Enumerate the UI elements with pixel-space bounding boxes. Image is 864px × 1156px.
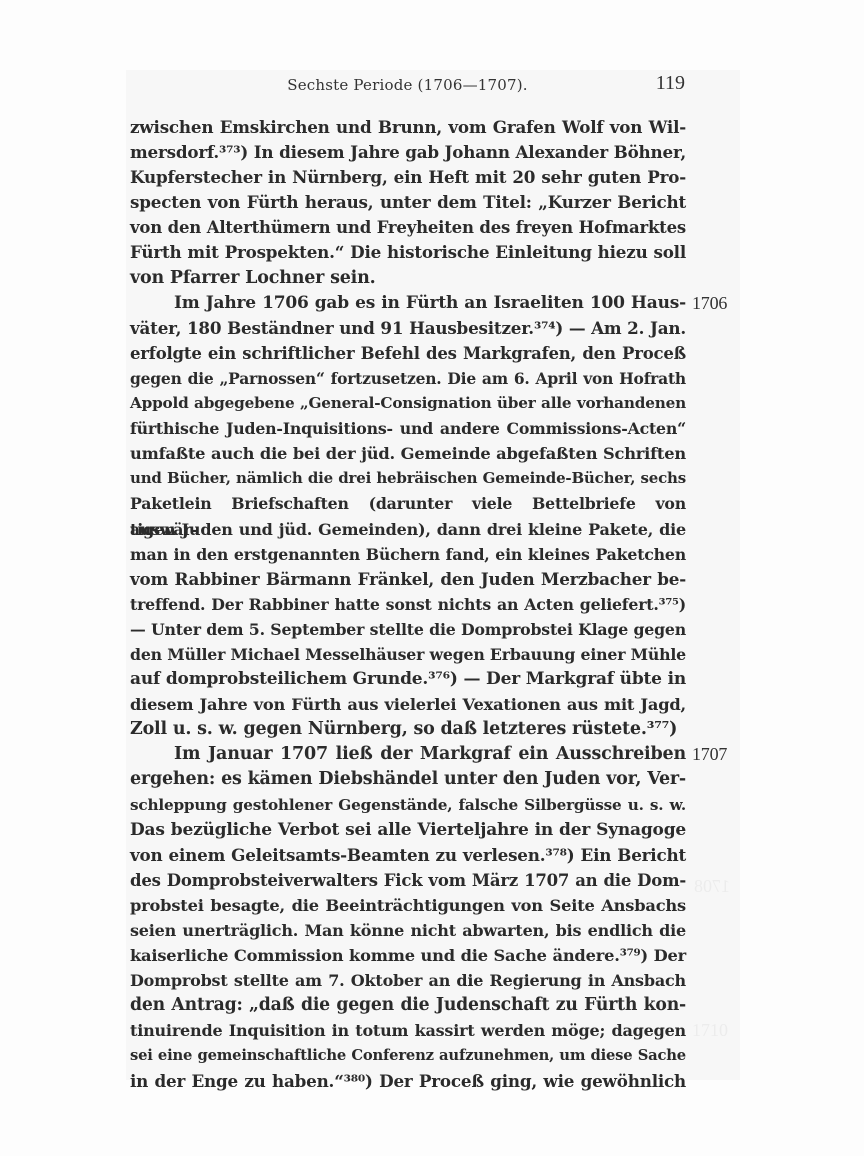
text-line-content: umfaßte auch die bei der jüd. Gemeinde a…: [130, 441, 686, 466]
text-line: von Pfarrer Lochner sein.: [130, 266, 686, 291]
text-line: tinuirende Inquisition in totum kassirt …: [130, 1018, 686, 1043]
text-line: Das bezügliche Verbot sei alle Viertelja…: [130, 818, 686, 843]
text-line: in der Enge zu haben.“³⁸⁰) Der Proceß gi…: [130, 1069, 686, 1094]
page-header: Sechste Periode (1706—1707). 119: [130, 72, 685, 102]
text-line: Fürth mit Prospekten.“ Die historische E…: [130, 240, 686, 265]
text-line-content: tigen Juden und jüd. Gemeinden), dann dr…: [130, 517, 686, 542]
text-line-content: von einem Geleitsamts-Beamten zu verlese…: [130, 843, 686, 868]
text-line-content: kaiserliche Commission komme und die Sac…: [130, 943, 686, 968]
text-line-content: des Domprobsteiverwalters Fick vom März …: [130, 868, 686, 893]
text-line: den Antrag: „daß die gegen die Judenscha…: [130, 993, 686, 1018]
text-line-content: diesem Jahre von Fürth aus vielerlei Vex…: [130, 692, 686, 717]
text-line-content: Zoll u. s. w. gegen Nürnberg, so daß let…: [130, 717, 677, 742]
text-line: zwischen Emskirchen und Brunn, vom Grafe…: [130, 115, 686, 140]
text-line: und Bücher, nämlich die drei hebräischen…: [130, 466, 686, 491]
text-line-content: in der Enge zu haben.“³⁸⁰) Der Proceß gi…: [130, 1069, 686, 1094]
text-line: Im Januar 1707 ließ der Markgraf ein Aus…: [130, 742, 686, 767]
page-number: 119: [656, 72, 685, 95]
text-line: Zoll u. s. w. gegen Nürnberg, so daß let…: [130, 717, 686, 742]
text-line-content: Appold abgegebene „General-Consignation …: [130, 391, 686, 416]
text-line: von den Alterthümern und Freyheiten des …: [130, 215, 686, 240]
text-line-content: — Unter dem 5. September stellte die Dom…: [130, 617, 686, 642]
text-line-content: ergehen: es kämen Diebshändel unter den …: [130, 767, 686, 792]
text-line-content: schleppung gestohlener Gegenstände, fals…: [130, 793, 686, 818]
text-line: Im Jahre 1706 gab es in Fürth an Israeli…: [130, 291, 686, 316]
text-line-content: vom Rabbiner Bärmann Fränkel, den Juden …: [130, 567, 686, 592]
text-line: gegen die „Parnossen“ fortzusetzen. Die …: [130, 366, 686, 391]
text-line: probstei besagte, die Beeinträchtigungen…: [130, 893, 686, 918]
text-line-content: sei eine gemeinschaftliche Conferenz auf…: [130, 1043, 686, 1068]
text-line-content: Das bezügliche Verbot sei alle Viertelja…: [130, 818, 686, 843]
text-line-content: von Pfarrer Lochner sein.: [130, 266, 376, 291]
text-line: treffend. Der Rabbiner hatte sonst nicht…: [130, 592, 686, 617]
text-line-content: auf domprobsteilichem Grunde.³⁷⁶) — Der …: [130, 667, 686, 692]
text-line: diesem Jahre von Fürth aus vielerlei Vex…: [130, 692, 686, 717]
text-line-content: treffend. Der Rabbiner hatte sonst nicht…: [130, 592, 686, 617]
text-line-content: zwischen Emskirchen und Brunn, vom Grafe…: [130, 115, 686, 140]
text-line-content: probstei besagte, die Beeinträchtigungen…: [130, 893, 686, 918]
text-line: tigen Juden und jüd. Gemeinden), dann dr…: [130, 517, 686, 542]
running-title: Sechste Periode (1706—1707).: [130, 76, 685, 94]
text-line: Paketlein Briefschaften (darunter viele …: [130, 491, 686, 516]
text-line-content: Domprobst stellte am 7. Oktober an die R…: [130, 968, 686, 993]
text-line-content: specten von Fürth heraus, unter dem Tite…: [130, 190, 686, 215]
text-line: schleppung gestohlener Gegenstände, fals…: [130, 793, 686, 818]
text-line-content: Kupferstecher in Nürnberg, ein Heft mit …: [130, 165, 686, 190]
text-line-content: Paketlein Briefschaften (darunter viele …: [130, 491, 686, 516]
text-line: den Müller Michael Messelhäuser wegen Er…: [130, 642, 686, 667]
text-line-content: Fürth mit Prospekten.“ Die historische E…: [130, 240, 686, 265]
text-line-content: den Müller Michael Messelhäuser wegen Er…: [130, 642, 686, 667]
text-line-content: und Bücher, nämlich die drei hebräischen…: [130, 466, 686, 491]
text-line-content: fürthische Juden-Inquisitions- und ander…: [130, 416, 686, 441]
text-line-content: erfolgte ein schriftlicher Befehl des Ma…: [130, 341, 686, 366]
text-line-content: man in den erstgenannten Büchern fand, e…: [130, 542, 686, 567]
text-line-content: väter, 180 Beständner und 91 Hausbesitze…: [130, 316, 686, 341]
margin-year-note: 1707: [692, 742, 727, 767]
text-line: auf domprobsteilichem Grunde.³⁷⁶) — Der …: [130, 667, 686, 692]
text-line: vom Rabbiner Bärmann Fränkel, den Juden …: [130, 567, 686, 592]
text-line: — Unter dem 5. September stellte die Dom…: [130, 617, 686, 642]
text-line: seien unerträglich. Man könne nicht abwa…: [130, 918, 686, 943]
text-line: fürthische Juden-Inquisitions- und ander…: [130, 416, 686, 441]
text-line: umfaßte auch die bei der jüd. Gemeinde a…: [130, 441, 686, 466]
text-line-content: gegen die „Parnossen“ fortzusetzen. Die …: [130, 366, 686, 391]
text-line: Domprobst stellte am 7. Oktober an die R…: [130, 968, 686, 993]
text-line: sei eine gemeinschaftliche Conferenz auf…: [130, 1043, 686, 1068]
text-line-content: mersdorf.³⁷³) In diesem Jahre gab Johann…: [130, 140, 686, 165]
text-line-content: den Antrag: „daß die gegen die Judenscha…: [130, 993, 686, 1018]
bleed-through-year: 1710: [692, 1020, 728, 1041]
body-text: zwischen Emskirchen und Brunn, vom Grafe…: [130, 115, 686, 1094]
text-line: erfolgte ein schriftlicher Befehl des Ma…: [130, 341, 686, 366]
text-line: kaiserliche Commission komme und die Sac…: [130, 943, 686, 968]
bleed-through-year: 1708: [694, 876, 730, 897]
text-line-content: von den Alterthümern und Freyheiten des …: [130, 215, 686, 240]
text-line: specten von Fürth heraus, unter dem Tite…: [130, 190, 686, 215]
text-line-content: seien unerträglich. Man könne nicht abwa…: [130, 918, 686, 943]
text-line: väter, 180 Beständner und 91 Hausbesitze…: [130, 316, 686, 341]
text-line-content: tinuirende Inquisition in totum kassirt …: [130, 1018, 686, 1043]
text-line: mersdorf.³⁷³) In diesem Jahre gab Johann…: [130, 140, 686, 165]
text-line: von einem Geleitsamts-Beamten zu verlese…: [130, 843, 686, 868]
margin-year-note: 1706: [692, 291, 727, 316]
text-line: man in den erstgenannten Büchern fand, e…: [130, 542, 686, 567]
text-line: des Domprobsteiverwalters Fick vom März …: [130, 868, 686, 893]
text-line-content: Im Jahre 1706 gab es in Fürth an Israeli…: [174, 291, 686, 316]
text-line: ergehen: es kämen Diebshändel unter den …: [130, 767, 686, 792]
text-line: Kupferstecher in Nürnberg, ein Heft mit …: [130, 165, 686, 190]
text-line: Appold abgegebene „General-Consignation …: [130, 391, 686, 416]
text-line-content: Im Januar 1707 ließ der Markgraf ein Aus…: [174, 742, 686, 767]
